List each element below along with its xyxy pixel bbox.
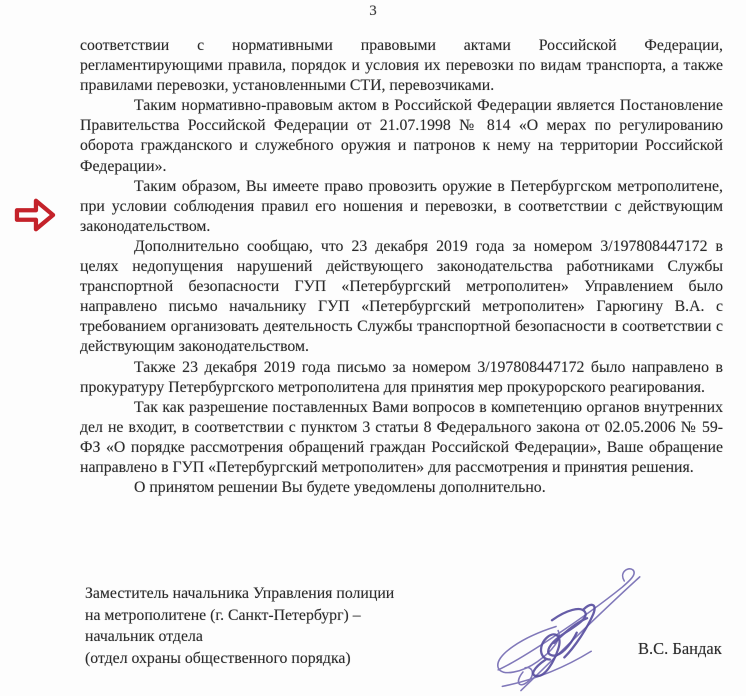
- red-arrow-right-icon: [14, 196, 56, 234]
- paragraph: Дополнительно сообщаю, что 23 декабря 20…: [80, 237, 723, 358]
- signer-title-line: Заместитель начальника Управления полици…: [85, 583, 505, 605]
- paragraph-continuation: соответствии с нормативными правовыми ак…: [80, 36, 723, 96]
- signer-title-block: Заместитель начальника Управления полици…: [85, 583, 505, 669]
- signer-title-line: на метрополитене (г. Санкт-Петербург) –: [85, 605, 505, 627]
- paragraph: Также 23 декабря 2019 года письмо за ном…: [80, 358, 723, 398]
- paragraph: Таким нормативно-правовым актом в Россий…: [80, 96, 723, 176]
- signer-title-line: (отдел охраны общественного порядка): [85, 648, 505, 670]
- paragraph: Так как разрешение поставленных Вами воп…: [80, 398, 723, 478]
- page-number: 3: [0, 3, 746, 20]
- handwritten-signature: [492, 560, 647, 695]
- paragraph-marked: Таким образом, Вы имеете право провозить…: [80, 177, 723, 237]
- document-page: 3 соответствии с нормативными правовыми …: [0, 0, 746, 696]
- letter-body: соответствии с нормативными правовыми ак…: [80, 36, 723, 498]
- red-arrow-right-shape: [17, 201, 53, 230]
- signer-title-line: начальник отдела: [85, 626, 505, 648]
- signer-name: В.С. Бандак: [638, 639, 722, 659]
- paragraph: О принятом решении Вы будете уведомлены …: [80, 478, 723, 498]
